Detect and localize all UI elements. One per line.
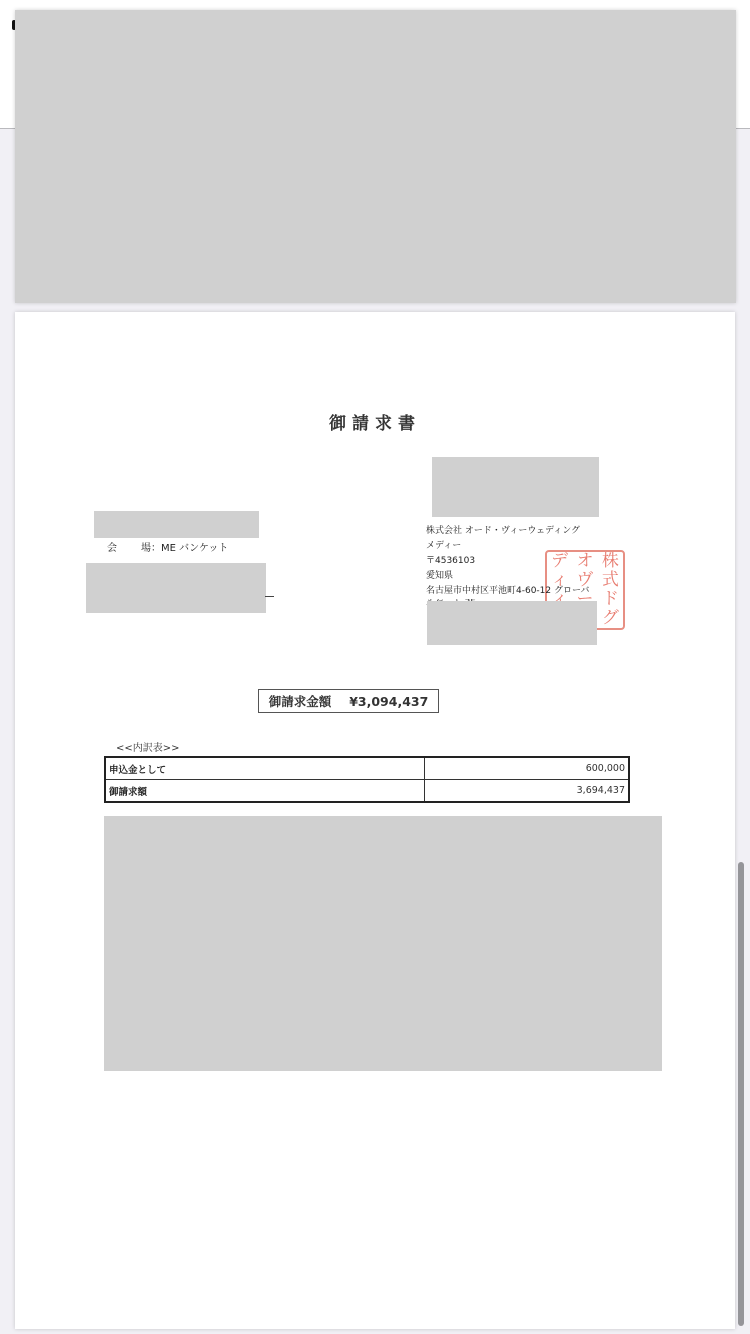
- breakdown-heading: <<内訳表>>: [116, 739, 180, 754]
- row-label: 御請求額: [105, 780, 425, 803]
- venue-label-2: 場: [141, 543, 151, 554]
- redacted-issuer-contact: [427, 601, 597, 645]
- vertical-scrollbar[interactable]: [738, 862, 744, 1326]
- venue-value: ：ME バンケット: [151, 543, 228, 554]
- underline-mark: [265, 596, 274, 597]
- issuer-address-line1: 名古屋市中村区平池町4-60-12 グローバ: [426, 584, 590, 599]
- breakdown-table: 申込金として 600,000 御請求額 3,694,437: [104, 756, 630, 803]
- table-row: 申込金として 600,000: [105, 757, 629, 780]
- table-row: 御請求額 3,694,437: [105, 780, 629, 803]
- issuer-postal-code: 〒4536103: [426, 554, 590, 569]
- issuer-company-line2: メディー: [426, 539, 590, 554]
- venue-line: 会場：ME バンケット: [107, 539, 228, 554]
- document-page-1-redacted: [15, 10, 736, 303]
- total-amount-box: 御請求金額 ¥3,094,437: [258, 689, 439, 713]
- document-page-2: 御請求書 会場：ME バンケット デオ株 ィヴ式 ィード ンーグ 株式会社 オー…: [15, 312, 735, 1329]
- redacted-issuer-logo: [432, 457, 599, 517]
- issuer-company-line1: 株式会社 オード・ヴィーウェディング: [426, 524, 590, 539]
- venue-label-1: 会: [107, 543, 117, 554]
- document-title: 御請求書: [15, 409, 735, 434]
- row-value: 3,694,437: [425, 780, 630, 803]
- issuer-prefecture: 愛知県: [426, 569, 590, 584]
- total-amount-label: 御請求金額: [269, 692, 332, 710]
- redacted-recipient-details: [86, 563, 266, 613]
- row-label: 申込金として: [105, 757, 425, 780]
- redacted-notes-section: [104, 816, 662, 1071]
- row-value: 600,000: [425, 757, 630, 780]
- redacted-recipient-name: [94, 511, 259, 538]
- issuer-info: 株式会社 オード・ヴィーウェディング メディー 〒4536103 愛知県 名古屋…: [426, 524, 590, 607]
- total-amount-value: ¥3,094,437: [349, 694, 428, 709]
